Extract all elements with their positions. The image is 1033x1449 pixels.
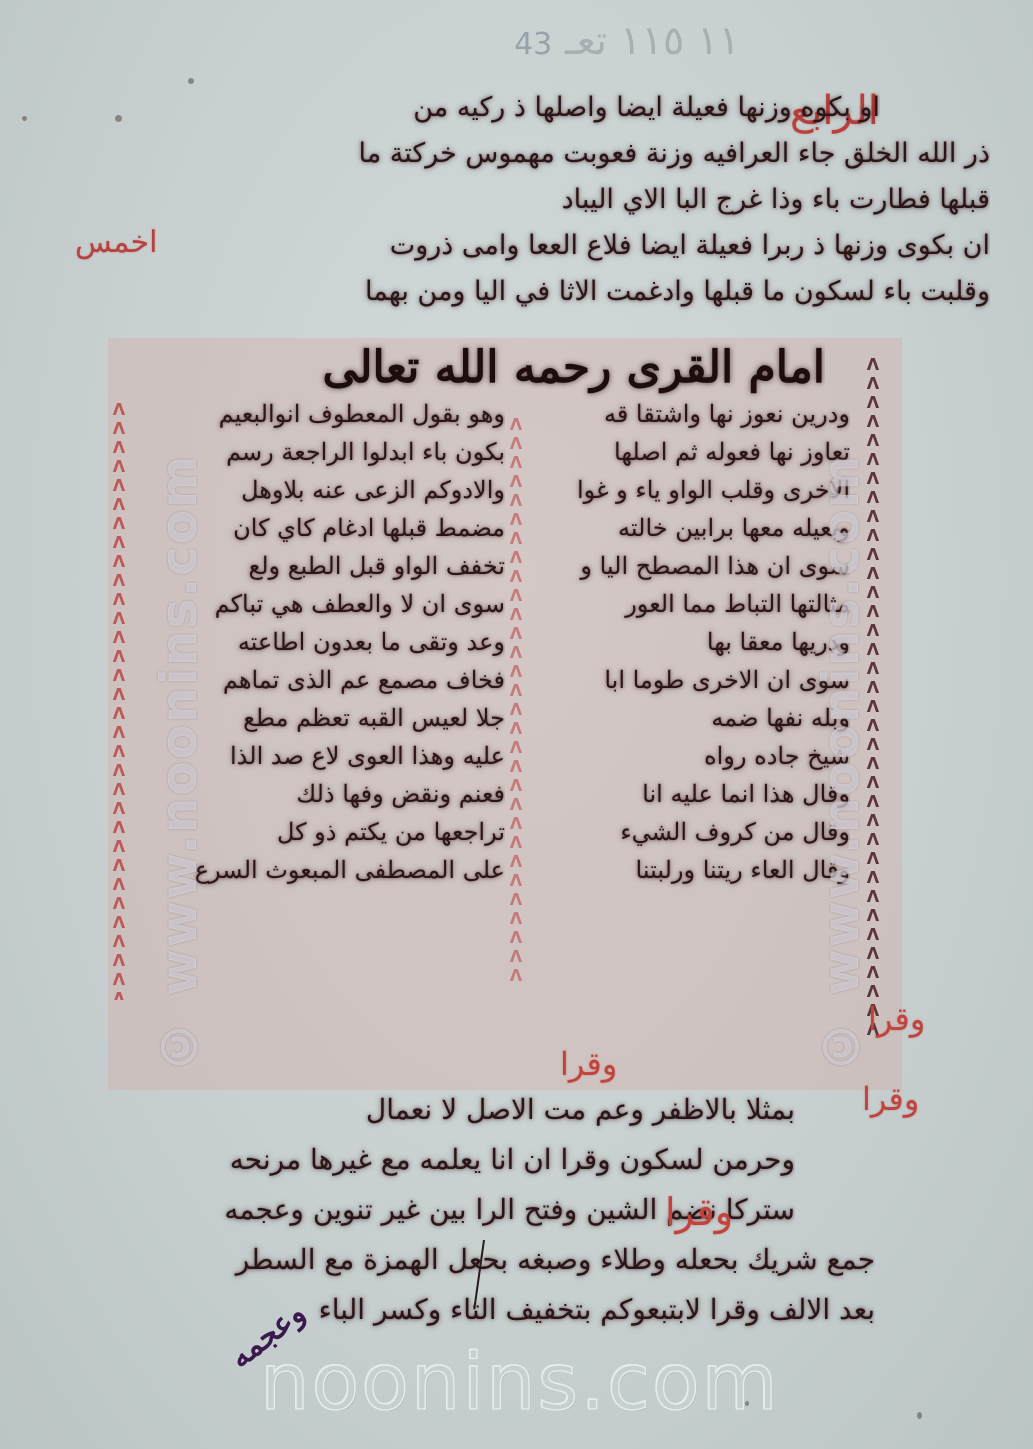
page-number: 43 bbox=[514, 27, 552, 62]
paper-speck bbox=[188, 78, 194, 84]
text-line: ودريها معقا بها bbox=[510, 623, 850, 661]
bottom-text-block: بمثلا بالاظفر وعم مت الاصل لا نعمال وحرم… bbox=[95, 1085, 875, 1335]
text-line: وبعيله معها برابين خالته bbox=[510, 509, 850, 547]
chevron-column-middle: ᐱᐱᐱᐱᐱᐱᐱᐱᐱᐱᐱᐱᐱᐱᐱᐱᐱᐱᐱᐱᐱᐱᐱᐱᐱᐱᐱᐱᐱᐱ bbox=[505, 415, 527, 995]
text-line: شيخ جاده رواه bbox=[510, 737, 850, 775]
text-line: سوى ان هذا المصطح اليا و bbox=[510, 547, 850, 585]
paper-speck bbox=[917, 1412, 922, 1419]
red-marginalia: وقرا bbox=[868, 1000, 925, 1038]
text-line: مثالتها التباط مما العور bbox=[510, 585, 850, 623]
text-line: وبله نفها ضمه bbox=[510, 699, 850, 737]
text-line: وقلبت باء لسكون ما قبلها وادغمت الاثا في… bbox=[110, 269, 990, 315]
text-line: او بكوه وزنها فعيلة ايضا واصلها ذ ركيه م… bbox=[110, 85, 880, 131]
section-heading: امام القرى رحمه الله تعالى bbox=[215, 342, 825, 402]
text-line: وقال هذا انما عليه انا bbox=[510, 775, 850, 813]
watermark-bottom: noonins.com bbox=[210, 1338, 830, 1428]
text-line: تعاوز نها فعوله ثم اصلها bbox=[510, 433, 850, 471]
text-line: قبلها فطارت باء وذا غرج البا الاي اليباد bbox=[110, 177, 990, 223]
watermark-vertical-left: © www.noonins.com bbox=[150, 355, 208, 1075]
pencil-annotation: ١١ ١١٥ تعـ 43 bbox=[360, 18, 740, 78]
pencil-text: ١١ ١١٥ تعـ bbox=[565, 18, 740, 64]
text-line: ذر الله الخلق جاء العرافيه وزنة فعوبت مه… bbox=[110, 131, 990, 177]
right-column: ودرين نعوز نها واشتقا قه تعاوز نها فعوله… bbox=[510, 395, 850, 889]
text-line: بمثلا بالاظفر وعم مت الاصل لا نعمال bbox=[95, 1085, 795, 1135]
text-line: الاخرى وقلب الواو ياء و غوا bbox=[510, 471, 850, 509]
chevron-column-left: ᐱᐱᐱᐱᐱᐱᐱᐱᐱᐱᐱᐱᐱᐱᐱᐱᐱᐱᐱᐱᐱᐱᐱᐱᐱᐱᐱᐱᐱᐱᐱᐱ bbox=[108, 400, 130, 1000]
red-marginalia: وقرا bbox=[862, 1080, 919, 1118]
text-line: وقال العاء ريتنا ورلبتنا bbox=[510, 851, 850, 889]
text-line: سوى ان الاخرى طوما ابا bbox=[510, 661, 850, 699]
red-marginalia: وقرا bbox=[665, 1190, 733, 1234]
text-line: وقال من كروف الشيء bbox=[510, 813, 850, 851]
text-line: بعد الالف وقرا لابتبعوكم بتخفيف التاء وك… bbox=[95, 1285, 875, 1335]
text-line: جمع شريك بحعله وطلاء وصبغه بحعل الهمزة م… bbox=[95, 1235, 875, 1285]
paper-speck bbox=[22, 116, 27, 121]
red-marginalia: وقرا bbox=[560, 1045, 617, 1083]
text-line: وحرمن لسكون وقرا ان انا يعلمه مع غيرها م… bbox=[95, 1135, 795, 1185]
top-text-block: او بكوه وزنها فعيلة ايضا واصلها ذ ركيه م… bbox=[110, 85, 990, 315]
text-line: ان بكوى وزنها ذ ربرا فعيلة ايضا فلاع الع… bbox=[110, 223, 990, 269]
text-line: ودرين نعوز نها واشتقا قه bbox=[510, 395, 850, 433]
watermark-vertical-right: © www.noonins.com bbox=[812, 355, 870, 1075]
